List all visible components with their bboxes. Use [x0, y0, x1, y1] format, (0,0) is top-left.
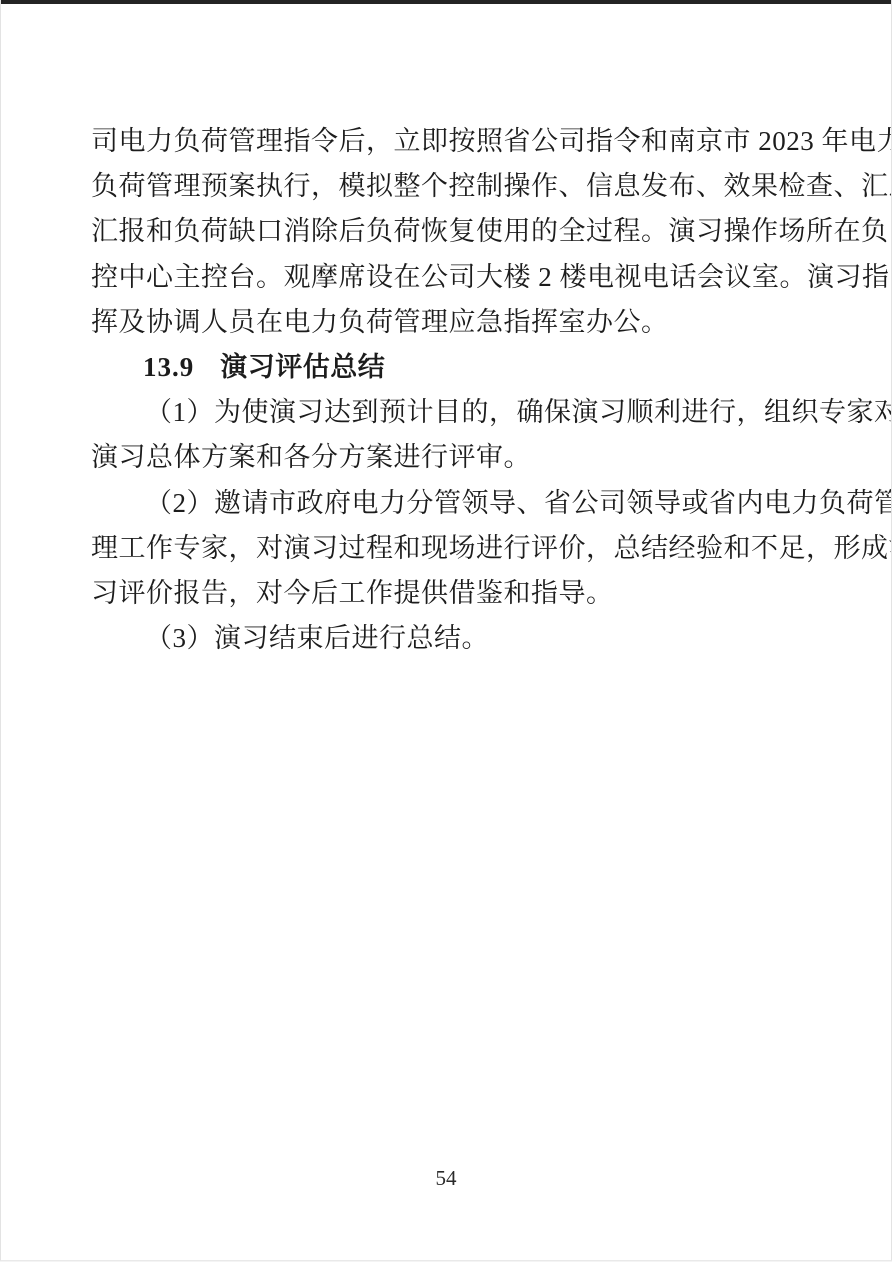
- page-number-footer: 54: [1, 1166, 891, 1191]
- text-line: 司电力负荷管理指令后，立即按照省公司指令和南京市 2023 年电力: [91, 119, 807, 164]
- text-line: （1）为使演习达到预计目的，确保演习顺利进行，组织专家对: [91, 390, 807, 435]
- text-line: 习评价报告，对今后工作提供借鉴和指导。: [91, 571, 807, 616]
- scan-top-edge-line: [1, 0, 891, 4]
- text-line: 负荷管理预案执行，模拟整个控制操作、信息发布、效果检查、汇总: [91, 164, 807, 209]
- text-line: 演习总体方案和各分方案进行评审。: [91, 435, 807, 480]
- section-number: 13.9: [143, 352, 194, 382]
- document-content: 司电力负荷管理指令后，立即按照省公司指令和南京市 2023 年电力 负荷管理预案…: [91, 119, 807, 661]
- text-line: （3）演习结束后进行总结。: [91, 616, 807, 661]
- text-line: 挥及协调人员在电力负荷管理应急指挥室办公。: [91, 300, 807, 345]
- text-line: 理工作专家，对演习过程和现场进行评价，总结经验和不足，形成演: [91, 526, 807, 571]
- section-heading: 13.9演习评估总结: [91, 345, 807, 390]
- document-page: 司电力负荷管理指令后，立即按照省公司指令和南京市 2023 年电力 负荷管理预案…: [0, 0, 892, 1261]
- text-line: （2）邀请市政府电力分管领导、省公司领导或省内电力负荷管: [91, 481, 807, 526]
- section-title: 演习评估总结: [220, 352, 385, 382]
- text-line: 汇报和负荷缺口消除后负荷恢复使用的全过程。演习操作场所在负: [91, 209, 807, 254]
- text-line: 控中心主控台。观摩席设在公司大楼 2 楼电视电话会议室。演习指: [91, 255, 807, 300]
- page-number: 54: [436, 1166, 457, 1190]
